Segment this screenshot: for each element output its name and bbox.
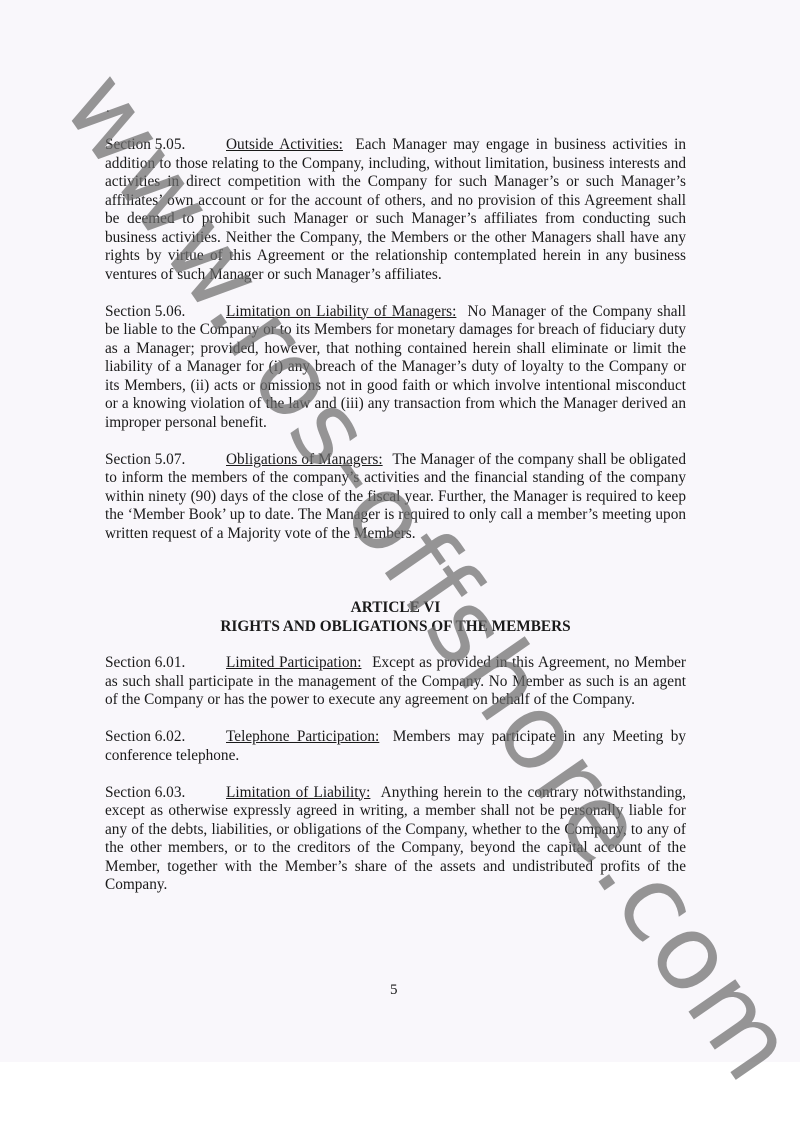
section-6-02: Section 6.02.Telephone Participation: Me…	[105, 728, 686, 765]
section-title: Outside Activities:	[226, 136, 343, 153]
section-number: Section 5.07.	[105, 451, 226, 470]
document-page: . Section 5.05.Outside Activities: Each …	[0, 0, 800, 1062]
section-title: Obligations of Managers:	[226, 451, 383, 468]
section-number: Section 6.01.	[105, 654, 226, 673]
document-body: Section 5.05.Outside Activities: Each Ma…	[105, 136, 686, 913]
leading-mark: .	[106, 100, 110, 117]
section-title: Telephone Participation:	[226, 728, 379, 745]
article-title: RIGHTS AND OBLIGATIONS OF THE MEMBERS	[105, 617, 686, 636]
section-number: Section 5.05.	[105, 136, 226, 155]
article-heading: ARTICLE VI RIGHTS AND OBLIGATIONS OF THE…	[105, 598, 686, 636]
section-title: Limited Participation:	[226, 654, 361, 671]
section-5-06: Section 5.06.Limitation on Liability of …	[105, 303, 686, 433]
section-6-01: Section 6.01.Limited Participation: Exce…	[105, 654, 686, 710]
page-number: 5	[390, 982, 398, 999]
section-title: Limitation of Liability:	[226, 784, 370, 801]
article-number: ARTICLE VI	[105, 598, 686, 617]
section-number: Section 6.03.	[105, 784, 226, 803]
section-title: Limitation on Liability of Managers:	[226, 303, 456, 320]
section-text: Each Manager may engage in business acti…	[105, 136, 686, 283]
section-6-03: Section 6.03.Limitation of Liability: An…	[105, 784, 686, 895]
section-number: Section 6.02.	[105, 728, 226, 747]
section-text: No Manager of the Company shall be liabl…	[105, 303, 686, 431]
section-number: Section 5.06.	[105, 303, 226, 322]
section-5-07: Section 5.07.Obligations of Managers: Th…	[105, 451, 686, 544]
section-5-05: Section 5.05.Outside Activities: Each Ma…	[105, 136, 686, 284]
